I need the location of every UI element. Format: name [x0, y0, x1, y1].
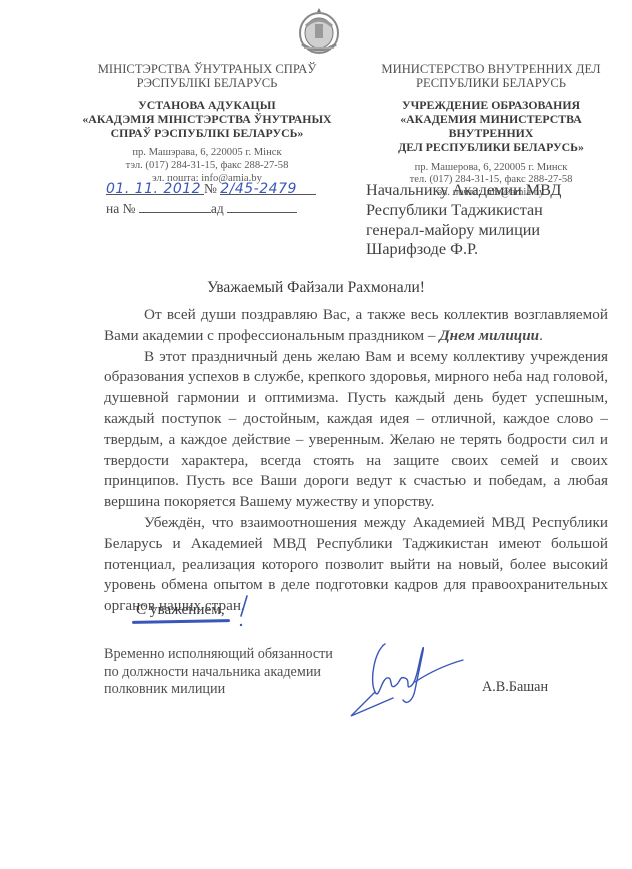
paragraph-2: В этот праздничный день желаю Вам и всем…	[104, 347, 608, 513]
handwritten-date: 01. 11. 2012	[106, 181, 201, 197]
addressee: Начальнику Академии МВД Республики Таджи…	[366, 181, 561, 260]
institution-name-be: УСТАНОВА АДУКАЦЫІ «АКАДЭМІЯ МІНІСТЭРСТВА…	[82, 98, 332, 140]
handwritten-underline	[132, 619, 230, 624]
outgoing-number-line: 01. 11. 2012№ 2/45-2479	[106, 180, 316, 198]
handwritten-mark-icon	[233, 594, 253, 630]
signatory-position: Временно исполняющий обязанности по долж…	[104, 646, 333, 699]
handwritten-signature-icon	[345, 640, 475, 720]
paragraph-1: От всей души поздравляю Вас, а также вес…	[104, 305, 608, 347]
letterhead-russian: МИНИСТЕРСТВО ВНУТРЕННИХ ДЕЛ РЕСПУБЛИКИ Б…	[366, 62, 616, 200]
closing: С уважением,	[136, 601, 225, 619]
reply-number-field	[139, 198, 211, 213]
date-field: 01. 11. 2012	[106, 180, 204, 195]
ministry-name-be: МІНІСТЭРСТВА ЎНУТРАНЫХ СПРАЎ РЭСПУБЛІКІ …	[82, 62, 332, 91]
number-label: №	[204, 181, 217, 196]
state-emblem-icon	[296, 6, 342, 58]
handwritten-number: 2/45-2479	[220, 181, 297, 197]
letterhead-belarusian: МІНІСТЭРСТВА ЎНУТРАНЫХ СПРАЎ РЭСПУБЛІКІ …	[82, 62, 332, 186]
registration-block: 01. 11. 2012№ 2/45-2479 на № ад	[106, 180, 316, 218]
number-field: 2/45-2479	[220, 180, 316, 195]
reply-reference-line: на № ад	[106, 198, 316, 218]
letter-body: От всей души поздравляю Вас, а также вес…	[104, 305, 608, 617]
holiday-name: Днем милиции	[439, 327, 539, 344]
signatory-name: А.В.Башан	[482, 679, 548, 696]
reply-date-field	[227, 198, 297, 213]
salutation: Уважаемый Файзали Рахмонали!	[0, 279, 632, 297]
institution-name-ru: УЧРЕЖДЕНИЕ ОБРАЗОВАНИЯ «АКАДЕМИЯ МИНИСТЕ…	[366, 98, 616, 155]
ministry-name-ru: МИНИСТЕРСТВО ВНУТРЕННИХ ДЕЛ РЕСПУБЛИКИ Б…	[366, 62, 616, 91]
from-label: ад	[211, 201, 224, 216]
reply-label: на №	[106, 201, 135, 216]
